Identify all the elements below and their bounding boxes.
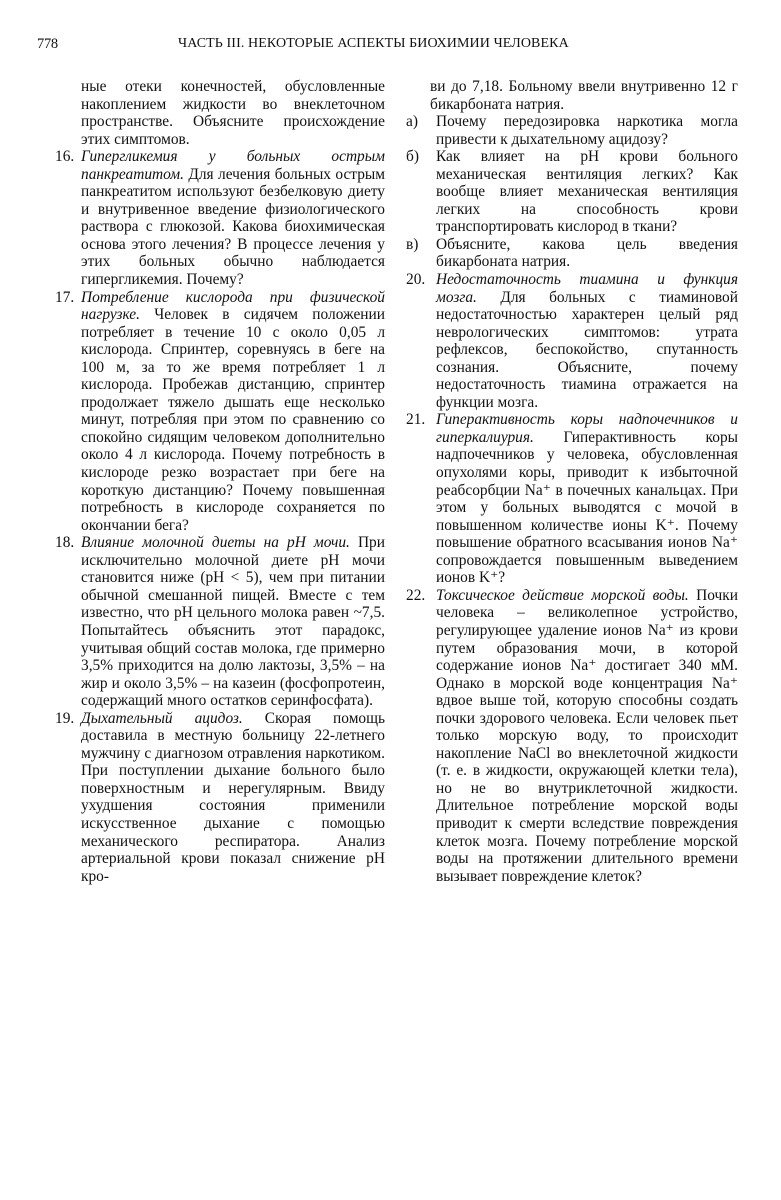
problem-text: Скорая помощь доставила в местную больни…	[81, 710, 385, 885]
problem-text: Для лечения больных острым панкреатитом …	[81, 166, 385, 288]
running-head: ЧАСТЬ III. НЕКОТОРЫЕ АСПЕКТЫ БИОХИМИИ ЧЕ…	[178, 36, 569, 52]
problem-19: 19.Дыхательный ацидоз. Скорая помощь дос…	[55, 710, 385, 885]
problem-number: 18.	[55, 534, 74, 552]
problem-22: 22.Токсическое действие морской воды. По…	[406, 587, 738, 885]
right-column: ви до 7,18. Больному ввели внутривенно 1…	[406, 78, 738, 885]
subquestion-label: б)	[406, 148, 419, 166]
problem-number: 22.	[406, 587, 425, 605]
continuation-text: ные отеки конечностей, обусловленные нак…	[55, 78, 385, 148]
left-column: ные отеки конечностей, обусловленные нак…	[55, 78, 385, 885]
problem-text: Почки человека – великолепное устройство…	[436, 587, 738, 885]
problem-20: 20.Недостаточность тиамина и функция моз…	[406, 271, 738, 411]
problem-title: Токсическое действие морской воды.	[436, 587, 689, 604]
problem-number: 21.	[406, 411, 425, 429]
subquestion-text: Объясните, какова цель введения бикарбон…	[436, 236, 738, 271]
problem-18: 18.Влияние молочной диеты на pH мочи. Пр…	[55, 534, 385, 709]
subquestion-c: в)Объясните, какова цель введения бикарб…	[406, 236, 738, 271]
subquestion-label: в)	[406, 236, 418, 254]
problem-number: 20.	[406, 271, 425, 289]
problem-title: Влияние молочной диеты на pH мочи.	[81, 534, 350, 551]
problem-17: 17.Потребление кислорода при физической …	[55, 289, 385, 535]
continuation-text: ви до 7,18. Больному ввели внутривенно 1…	[406, 78, 738, 113]
page-number: 778	[37, 36, 58, 53]
problem-21: 21.Гиперактивность коры надпочечников и …	[406, 411, 738, 586]
problem-text: Для больных с тиаминовой недостаточность…	[436, 289, 738, 411]
problem-title: Дыхательный ацидоз.	[81, 710, 243, 727]
subquestion-a: а)Почему передозировка наркотика могла п…	[406, 113, 738, 148]
subquestion-label: а)	[406, 113, 418, 131]
problem-number: 19.	[55, 710, 74, 728]
problem-number: 17.	[55, 289, 74, 307]
subquestion-text: Почему передозировка наркотика могла при…	[436, 113, 738, 148]
problem-text: Гиперактивность коры надпочечников у чел…	[436, 429, 738, 586]
subquestion-b: б)Как влияет на pH крови больного механи…	[406, 148, 738, 236]
problem-text: Человек в сидячем положении потребляет в…	[81, 306, 385, 534]
problem-16: 16.Гипергликемия у больных острым панкре…	[55, 148, 385, 288]
problem-number: 16.	[55, 148, 74, 166]
problem-text: При исключительно молочной диете pH мочи…	[81, 534, 385, 709]
subquestion-text: Как влияет на pH крови больного механиче…	[436, 148, 738, 235]
